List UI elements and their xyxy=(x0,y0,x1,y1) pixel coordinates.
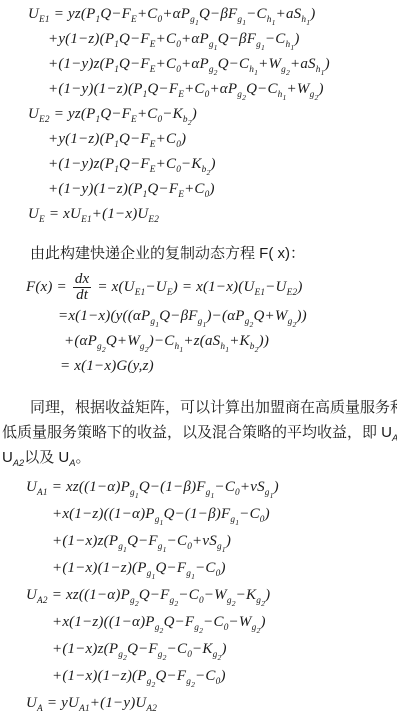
eq-fx-line-3: +(αPg2Q+Wg2)−Ch1+z(aSh1+Kb2)) xyxy=(64,329,397,354)
eq-ua2-line-1: UA2 = xz((1−α)Pg2Q−Fg2−C0−Wg2−Kg2) xyxy=(26,582,397,609)
eq-ua2-line-2: +x(1−z)((1−α)Pg2Q−Fg2−C0−Wg2) xyxy=(52,609,397,636)
eq-ue2-line-1: UE2 = yz(P1Q−FE+C0−Kb2) xyxy=(28,102,397,127)
eq-ua-average: UA = yUA1+(1−y)UA2 xyxy=(26,690,397,717)
equation-block-ua2: UA2 = xz((1−α)Pg2Q−Fg2−C0−Wg2−Kg2) +x(1−… xyxy=(0,582,397,690)
document-page: UE1 = yz(P1Q−FE+C0+αPg1Q−βFg1−Ch1+aSh1) … xyxy=(0,0,397,723)
eq-ua2-line-3: +(1−x)z(Pg2Q−Fg2−C0−Kg2) xyxy=(52,636,397,663)
fraction-dx-dt: dxdt xyxy=(73,272,92,305)
eq-ue1-line-4: +(1−y)(1−z)(P1Q−FE+C0+αPg2Q−Ch1+Wg2) xyxy=(48,77,397,102)
eq-fx-line-1: F(x) = dxdt = x(UE1−UE) = x(1−x)(UE1−UE2… xyxy=(26,270,397,304)
eq-ua1-line-1: UA1 = xz((1−α)Pg1Q−(1−β)Fg1−C0+vSg1) xyxy=(26,474,397,501)
paragraph-fx-intro: 由此构建快递企业的复制动态方程 F( x)： xyxy=(30,241,397,266)
eq-ue2-line-4: +(1−y)(1−z)(P1Q−FE+C0) xyxy=(48,177,397,202)
eq-ue2-line-3: +(1−y)z(P1Q−FE+C0−Kb2) xyxy=(48,152,397,177)
eq-fx-line-4: = x(1−x)G(y,z) xyxy=(60,354,397,379)
eq-ue1-line-1: UE1 = yz(P1Q−FE+C0+αPg1Q−βFg1−Ch1+aSh1) xyxy=(28,2,397,27)
eq-ua1-line-3: +(1−x)z(Pg1Q−Fg1−C0+vSg1) xyxy=(52,528,397,555)
eq-ua1-line-4: +(1−x)(1−z)(Pg1Q−Fg1−C0) xyxy=(52,555,397,582)
eq-ue-average: UE = xUE1+(1−x)UE2 xyxy=(28,202,397,227)
eq-ua2-line-4: +(1−x)(1−z)(Pg2Q−Fg2−C0) xyxy=(52,663,397,690)
equation-block-ue2: UE2 = yz(P1Q−FE+C0−Kb2) +y(1−z)(P1Q−FE+C… xyxy=(0,102,397,202)
eq-fx-line-2: =x(1−x)(y((αPg1Q−βFg1)−(αPg2Q+Wg2)) xyxy=(58,304,397,329)
equation-block-ue1: UE1 = yz(P1Q−FE+C0+αPg1Q−βFg1−Ch1+aSh1) … xyxy=(0,2,397,102)
paragraph-profit-intro: 同理，根据收益矩阵，可以计算出加盟商在高质量服务和 低质量服务策略下的收益，以及… xyxy=(0,395,397,470)
eq-ue1-line-2: +y(1−z)(P1Q−FE+C0+αPg1Q−βFg1−Ch1) xyxy=(48,27,397,52)
paragraph-profit-line-1: 同理，根据收益矩阵，可以计算出加盟商在高质量服务和 xyxy=(30,395,397,420)
eq-ue1-line-3: +(1−y)z(P1Q−FE+C0+αPg2Q−Ch1+Wg2+aSh1) xyxy=(48,52,397,77)
paragraph-profit-line-2: 低质量服务策略下的收益，以及混合策略的平均收益，即 UA1、 xyxy=(2,420,397,445)
eq-ue2-line-2: +y(1−z)(P1Q−FE+C0) xyxy=(48,127,397,152)
paragraph-profit-line-3: UA2以及 UA。 xyxy=(2,445,397,470)
eq-ua1-line-2: +x(1−z)((1−α)Pg1Q−(1−β)Fg1−C0) xyxy=(52,501,397,528)
equation-block-fx: F(x) = dxdt = x(UE1−UE) = x(1−x)(UE1−UE2… xyxy=(0,270,397,379)
equation-block-ua1: UA1 = xz((1−α)Pg1Q−(1−β)Fg1−C0+vSg1) +x(… xyxy=(0,474,397,582)
